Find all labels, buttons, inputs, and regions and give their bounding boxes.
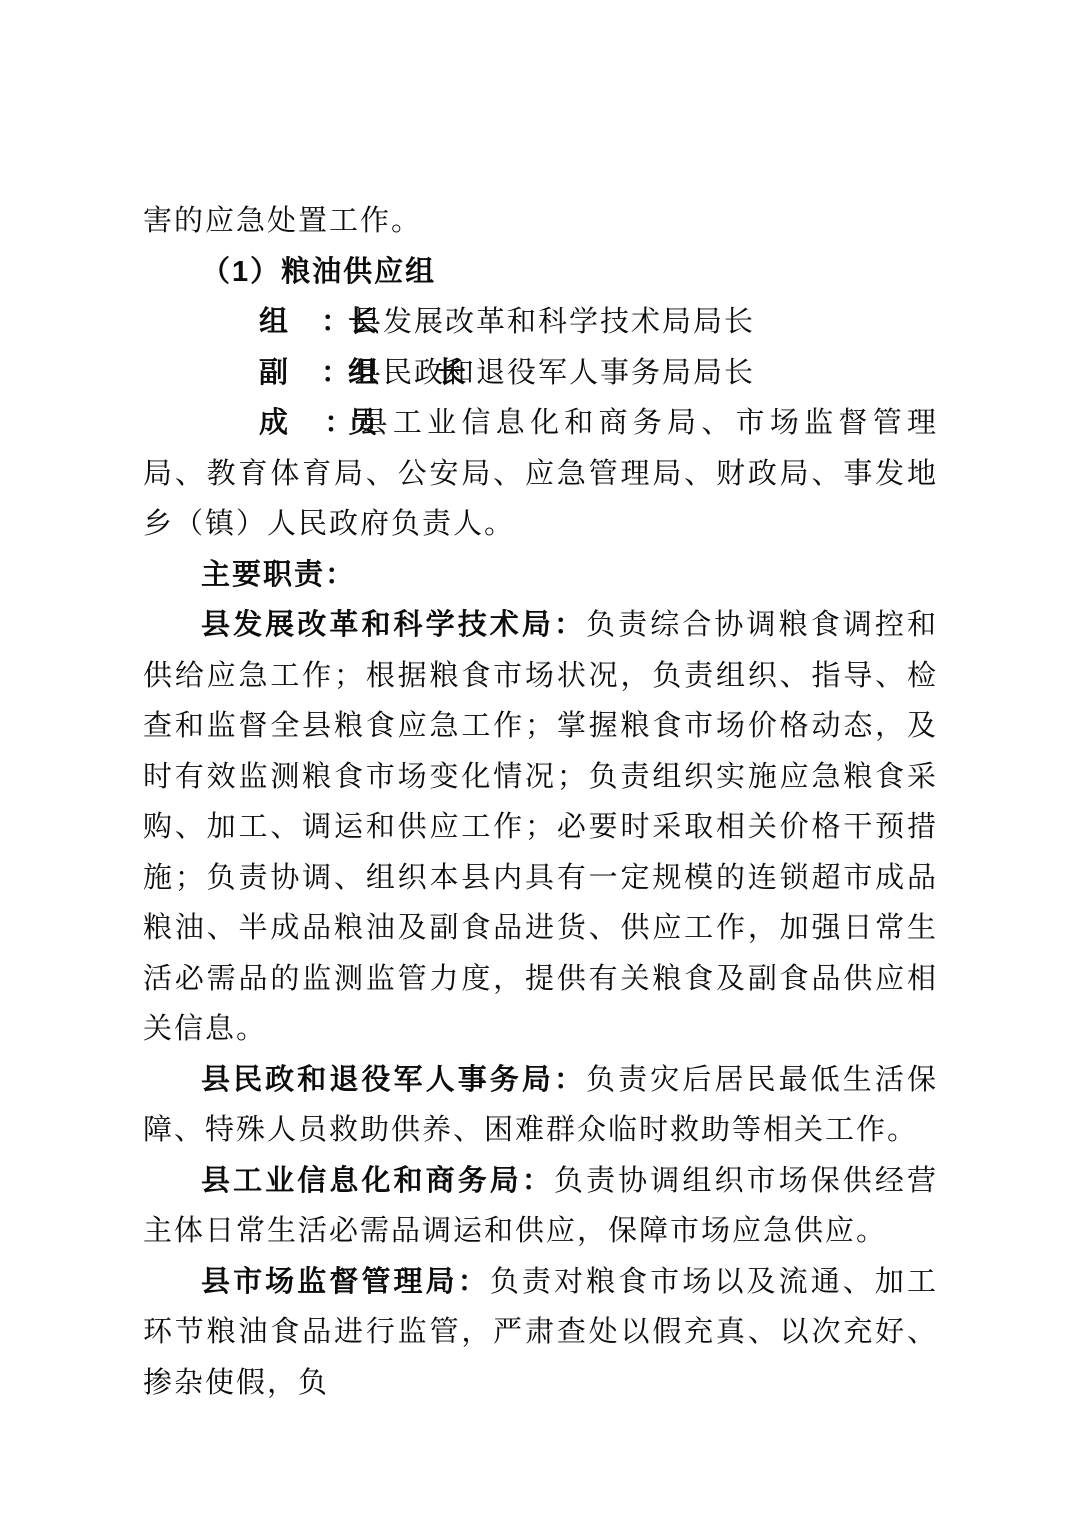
duty-description: 负责综合协调粮食调控和供给应急工作；根据粮食市场状况，负责组织、指导、检查和监督… <box>143 609 938 1045</box>
paragraph-continuation: 害的应急处置工作。 <box>143 196 938 247</box>
role-row: 组长：县发展改革和科学技术局局长 <box>143 297 938 348</box>
duty-department: 县发展改革和科学技术局： <box>201 609 586 641</box>
duty-department: 县工业信息化和商务局： <box>201 1165 554 1197</box>
role-label: 成员 <box>201 398 321 449</box>
role-value: 县民政和退役军人事务局局长 <box>352 357 755 389</box>
role-colon: ： <box>321 407 359 439</box>
role-label-char: 副 <box>201 348 290 399</box>
text-column: 害的应急处置工作。 （1）粮油供应组 组长：县发展改革和科学技术局局长副组长：县… <box>143 196 938 1408</box>
role-row: 副组长：县民政和退役军人事务局局长 <box>143 348 938 399</box>
role-label: 组长 <box>201 297 321 348</box>
duty-department: 县民政和退役军人事务局： <box>201 1064 586 1096</box>
role-value: 县发展改革和科学技术局局长 <box>352 306 755 338</box>
roles-list: 组长：县发展改革和科学技术局局长副组长：县民政和退役军人事务局局长成员：县工业信… <box>143 297 938 550</box>
role-label-char: 成 <box>201 398 290 449</box>
duty-paragraph: 县民政和退役军人事务局：负责灾后居民最低生活保障、特殊人员救助供养、困难群众临时… <box>143 1055 938 1156</box>
document-page: 害的应急处置工作。 （1）粮油供应组 组长：县发展改革和科学技术局局长副组长：县… <box>0 0 1074 1520</box>
section-heading: （1）粮油供应组 <box>143 247 938 298</box>
duties-list: 县发展改革和科学技术局：负责综合协调粮食调控和供给应急工作；根据粮食市场状况，负… <box>143 600 938 1408</box>
duty-department: 县市场监督管理局： <box>201 1266 490 1298</box>
role-colon: ： <box>321 306 352 338</box>
duty-paragraph: 县工业信息化和商务局：负责协调组织市场保供经营主体日常生活必需品调运和供应，保障… <box>143 1156 938 1257</box>
duty-paragraph: 县发展改革和科学技术局：负责综合协调粮食调控和供给应急工作；根据粮食市场状况，负… <box>143 600 938 1055</box>
role-row: 成员：县工业信息化和商务局、市场监督管理局、教育体育局、公安局、应急管理局、财政… <box>143 398 938 550</box>
role-colon: ： <box>321 357 352 389</box>
role-label-char: 组 <box>201 297 290 348</box>
role-label: 副组长 <box>201 348 321 399</box>
duty-paragraph: 县市场监督管理局：负责对粮食市场以及流通、加工环节粮油食品进行监管，严肃查处以假… <box>143 1257 938 1409</box>
duties-heading: 主要职责： <box>143 550 938 601</box>
